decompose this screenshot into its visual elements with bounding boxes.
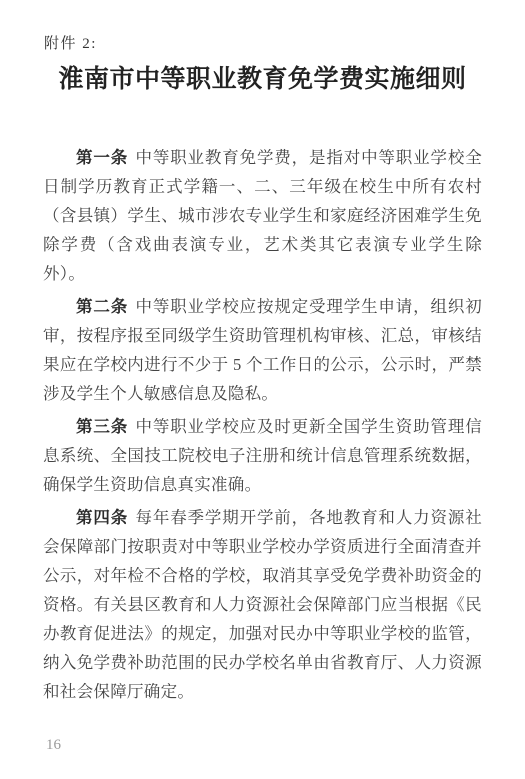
attachment-label: 附件 2:	[44, 32, 97, 53]
clause-number: 第二条	[76, 297, 128, 316]
clause-paragraph: 第二条中等职业学校应按规定受理学生申请，组织初审，按程序报至同级学生资助管理机构…	[43, 292, 482, 408]
clause-paragraph: 第三条中等职业学校应及时更新全国学生资助管理信息系统、全国技工院校电子注册和统计…	[43, 412, 482, 499]
clause-number: 第一条	[76, 148, 128, 167]
clause-paragraph: 第一条中等职业教育免学费，是指对中等职业学校全日制学历教育正式学籍一、二、三年级…	[43, 143, 482, 288]
page-number: 16	[46, 737, 61, 754]
document-title: 淮南市中等职业教育免学费实施细则	[0, 59, 525, 95]
clause-text: 每年春季学期开学前，各地教育和人力资源社会保障部门按职责对中等职业学校办学资质进…	[43, 508, 482, 701]
clause-text: 中等职业教育免学费，是指对中等职业学校全日制学历教育正式学籍一、二、三年级在校生…	[43, 148, 482, 283]
clause-number: 第四条	[76, 508, 128, 527]
document-body: 第一条中等职业教育免学费，是指对中等职业学校全日制学历教育正式学籍一、二、三年级…	[43, 143, 482, 710]
clause-number: 第三条	[76, 417, 128, 436]
document-page: 附件 2: 淮南市中等职业教育免学费实施细则 第一条中等职业教育免学费，是指对中…	[0, 0, 525, 779]
clause-paragraph: 第四条每年春季学期开学前，各地教育和人力资源社会保障部门按职责对中等职业学校办学…	[43, 503, 482, 706]
